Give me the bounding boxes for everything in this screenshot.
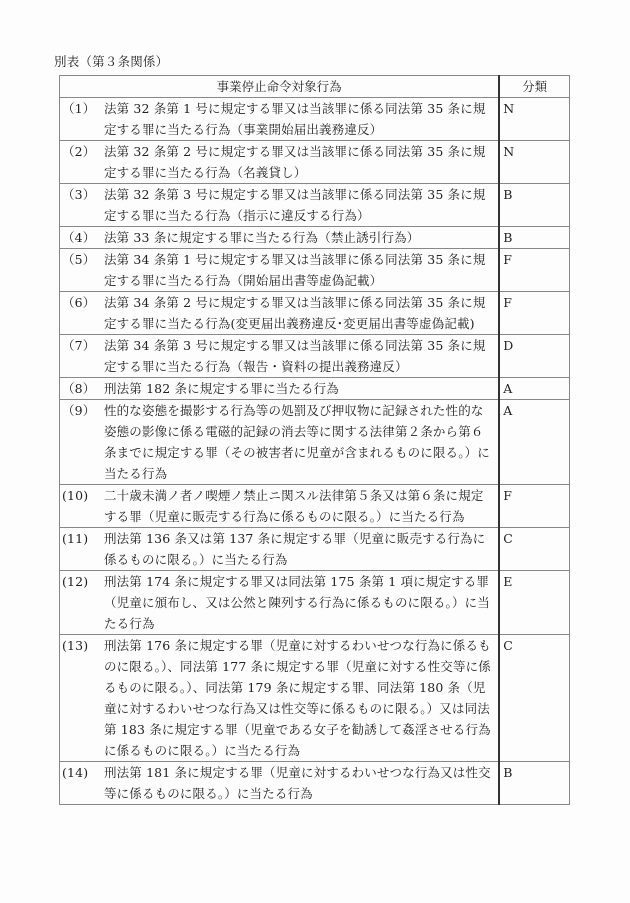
item-text: 法第 34 条第 1 号に規定する罪又は当該罪に係る同法第 35 条に規定する罪… bbox=[104, 252, 486, 288]
item-number: (10) bbox=[62, 485, 104, 506]
header-target-acts: 事業停止命令対象行為 bbox=[60, 76, 500, 98]
item-number: （5） bbox=[62, 249, 104, 270]
item-number: （7） bbox=[62, 335, 104, 356]
category-code: E bbox=[500, 571, 569, 592]
item-number: (11) bbox=[62, 528, 104, 549]
header-category: 分類 bbox=[499, 76, 569, 98]
item-text: 刑法第 174 条に規定する罪又は同法第 175 条第 1 項に規定する罪（児童… bbox=[104, 574, 490, 631]
business-suspension-table: 事業停止命令対象行為 分類 （1）法第 32 条第 1 号に規定する罪又は当該罪… bbox=[59, 75, 570, 805]
item-number: (13) bbox=[62, 635, 104, 656]
item-number: (14) bbox=[62, 762, 104, 783]
table-row: （5）法第 34 条第 1 号に規定する罪又は当該罪に係る同法第 35 条に規定… bbox=[60, 249, 570, 292]
item-text: 法第 32 条第 3 号に規定する罪又は当該罪に係る同法第 35 条に規定する罪… bbox=[104, 187, 486, 223]
item-text: 法第 32 条第 1 号に規定する罪又は当該罪に係る同法第 35 条に規定する罪… bbox=[104, 101, 486, 137]
act-description: (14)刑法第 181 条に規定する罪（児童に対するわいせつな行為又は性交等に係… bbox=[60, 762, 498, 804]
item-number: （8） bbox=[62, 378, 104, 399]
table-row: （4）法第 33 条に規定する罪に当たる行為（禁止誘引行為） B bbox=[60, 227, 570, 249]
item-number: （4） bbox=[62, 227, 104, 248]
category-code: A bbox=[500, 400, 569, 421]
category-code: C bbox=[500, 528, 569, 549]
act-description: (12)刑法第 174 条に規定する罪又は同法第 175 条第 1 項に規定する… bbox=[60, 571, 498, 634]
item-text: 刑法第 182 条に規定する罪に当たる行為 bbox=[104, 381, 339, 396]
act-description: （2）法第 32 条第 2 号に規定する罪又は当該罪に係る同法第 35 条に規定… bbox=[60, 141, 498, 183]
item-text: 法第 33 条に規定する罪に当たる行為（禁止誘引行為） bbox=[104, 230, 419, 245]
act-description: （8）刑法第 182 条に規定する罪に当たる行為 bbox=[60, 378, 498, 399]
table-caption: 別表（第３条関係） bbox=[54, 53, 168, 71]
item-text: 法第 32 条第 2 号に規定する罪又は当該罪に係る同法第 35 条に規定する罪… bbox=[104, 144, 486, 180]
category-code: F bbox=[500, 485, 569, 506]
act-description: （4）法第 33 条に規定する罪に当たる行為（禁止誘引行為） bbox=[60, 227, 498, 248]
category-code: N bbox=[500, 98, 569, 119]
item-number: (12) bbox=[62, 571, 104, 592]
act-description: (11)刑法第 136 条又は第 137 条に規定する罪（児童に販売する行為に係… bbox=[60, 528, 498, 570]
item-number: （6） bbox=[62, 292, 104, 313]
act-description: (10)二十歳未満ノ者ノ喫煙ノ禁止ニ関スル法律第５条又は第６条に規定する罪（児童… bbox=[60, 485, 498, 527]
category-code: N bbox=[500, 141, 569, 162]
act-description: （5）法第 34 条第 1 号に規定する罪又は当該罪に係る同法第 35 条に規定… bbox=[60, 249, 498, 291]
category-code: F bbox=[500, 292, 569, 313]
item-number: （9） bbox=[62, 400, 104, 421]
act-description: （1）法第 32 条第 1 号に規定する罪又は当該罪に係る同法第 35 条に規定… bbox=[60, 98, 498, 140]
table-row: （7）法第 34 条第 3 号に規定する罪又は当該罪に係る同法第 35 条に規定… bbox=[60, 335, 570, 378]
item-text: 性的な姿態を撮影する行為等の処罰及び押収物に記録された性的な姿態の影像に係る電磁… bbox=[104, 403, 490, 481]
act-description: (13)刑法第 176 条に規定する罪（児童に対するわいせつな行為に係るものに限… bbox=[60, 635, 498, 761]
table-row: （8）刑法第 182 条に規定する罪に当たる行為 A bbox=[60, 378, 570, 400]
category-code: B bbox=[500, 184, 569, 205]
table-header-row: 事業停止命令対象行為 分類 bbox=[60, 76, 570, 98]
category-code: F bbox=[500, 249, 569, 270]
category-code: D bbox=[500, 335, 569, 356]
item-number: （2） bbox=[62, 141, 104, 162]
table-row: (12)刑法第 174 条に規定する罪又は同法第 175 条第 1 項に規定する… bbox=[60, 571, 570, 635]
act-description: （7）法第 34 条第 3 号に規定する罪又は当該罪に係る同法第 35 条に規定… bbox=[60, 335, 498, 377]
item-number: （1） bbox=[62, 98, 104, 119]
act-description: （6）法第 34 条第 2 号に規定する罪又は当該罪に係る同法第 35 条に規定… bbox=[60, 292, 498, 334]
table-row: (14)刑法第 181 条に規定する罪（児童に対するわいせつな行為又は性交等に係… bbox=[60, 762, 570, 805]
item-text: 二十歳未満ノ者ノ喫煙ノ禁止ニ関スル法律第５条又は第６条に規定する罪（児童に販売す… bbox=[104, 488, 484, 524]
item-number: （3） bbox=[62, 184, 104, 205]
act-description: （3）法第 32 条第 3 号に規定する罪又は当該罪に係る同法第 35 条に規定… bbox=[60, 184, 498, 226]
table-row: (11)刑法第 136 条又は第 137 条に規定する罪（児童に販売する行為に係… bbox=[60, 528, 570, 571]
table-row: (13)刑法第 176 条に規定する罪（児童に対するわいせつな行為に係るものに限… bbox=[60, 635, 570, 762]
table-row: （3）法第 32 条第 3 号に規定する罪又は当該罪に係る同法第 35 条に規定… bbox=[60, 184, 570, 227]
table-row: （9）性的な姿態を撮影する行為等の処罰及び押収物に記録された性的な姿態の影像に係… bbox=[60, 400, 570, 485]
table-row: （6）法第 34 条第 2 号に規定する罪又は当該罪に係る同法第 35 条に規定… bbox=[60, 292, 570, 335]
item-text: 法第 34 条第 3 号に規定する罪又は当該罪に係る同法第 35 条に規定する罪… bbox=[104, 338, 486, 374]
table-row: （1）法第 32 条第 1 号に規定する罪又は当該罪に係る同法第 35 条に規定… bbox=[60, 98, 570, 141]
act-description: （9）性的な姿態を撮影する行為等の処罰及び押収物に記録された性的な姿態の影像に係… bbox=[60, 400, 498, 484]
category-code: C bbox=[500, 635, 569, 656]
table-row: (10)二十歳未満ノ者ノ喫煙ノ禁止ニ関スル法律第５条又は第６条に規定する罪（児童… bbox=[60, 485, 570, 528]
item-text: 刑法第 136 条又は第 137 条に規定する罪（児童に販売する行為に係るものに… bbox=[104, 531, 485, 567]
category-code: B bbox=[500, 762, 569, 783]
item-text: 法第 34 条第 2 号に規定する罪又は当該罪に係る同法第 35 条に規定する罪… bbox=[104, 295, 486, 331]
item-text: 刑法第 181 条に規定する罪（児童に対するわいせつな行為又は性交等に係るものに… bbox=[104, 765, 491, 801]
category-code: B bbox=[500, 227, 569, 248]
item-text: 刑法第 176 条に規定する罪（児童に対するわいせつな行為に係るものに限る。）、… bbox=[104, 638, 491, 758]
category-code: A bbox=[500, 378, 569, 399]
table-row: （2）法第 32 条第 2 号に規定する罪又は当該罪に係る同法第 35 条に規定… bbox=[60, 141, 570, 184]
